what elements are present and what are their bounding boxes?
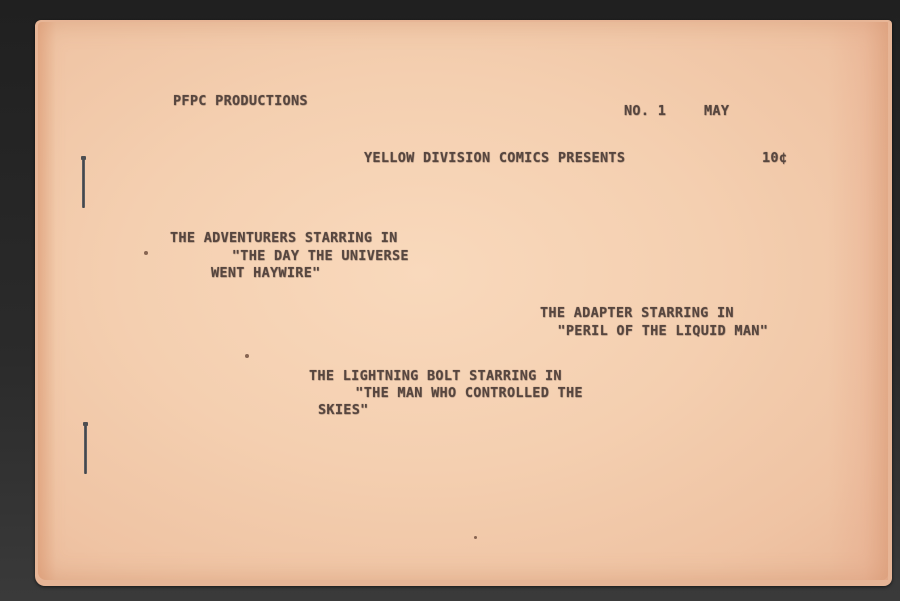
story-title-line: "PERIL OF THE LIQUID MAN"	[549, 323, 768, 339]
ink-speck	[474, 536, 477, 539]
issue-number: NO. 1	[624, 103, 666, 119]
publisher-name: PFPC PRODUCTIONS	[173, 93, 308, 109]
cover-price: 10¢	[762, 150, 787, 166]
story-title-line: THE LIGHTNING BOLT STARRING IN	[309, 368, 562, 384]
story-title-line: "THE MAN WHO CONTROLLED THE	[330, 385, 583, 401]
story-title-line: THE ADVENTURERS STARRING IN	[170, 230, 398, 246]
presenter-line: YELLOW DIVISION COMICS PRESENTS	[364, 150, 625, 166]
cover-page	[38, 22, 888, 580]
story-title-line: "THE DAY THE UNIVERSE	[215, 248, 409, 264]
story-title-line: THE ADAPTER STARRING IN	[540, 305, 734, 321]
story-title-line: WENT HAYWIRE"	[211, 265, 321, 281]
ink-speck	[144, 251, 148, 255]
story-title-line: SKIES"	[318, 402, 369, 418]
staple-top	[82, 158, 85, 208]
scanned-document: PFPC PRODUCTIONS NO. 1 MAY YELLOW DIVISI…	[0, 0, 900, 601]
staple-bottom	[84, 424, 87, 474]
issue-month: MAY	[704, 103, 729, 119]
ink-speck	[245, 354, 249, 358]
